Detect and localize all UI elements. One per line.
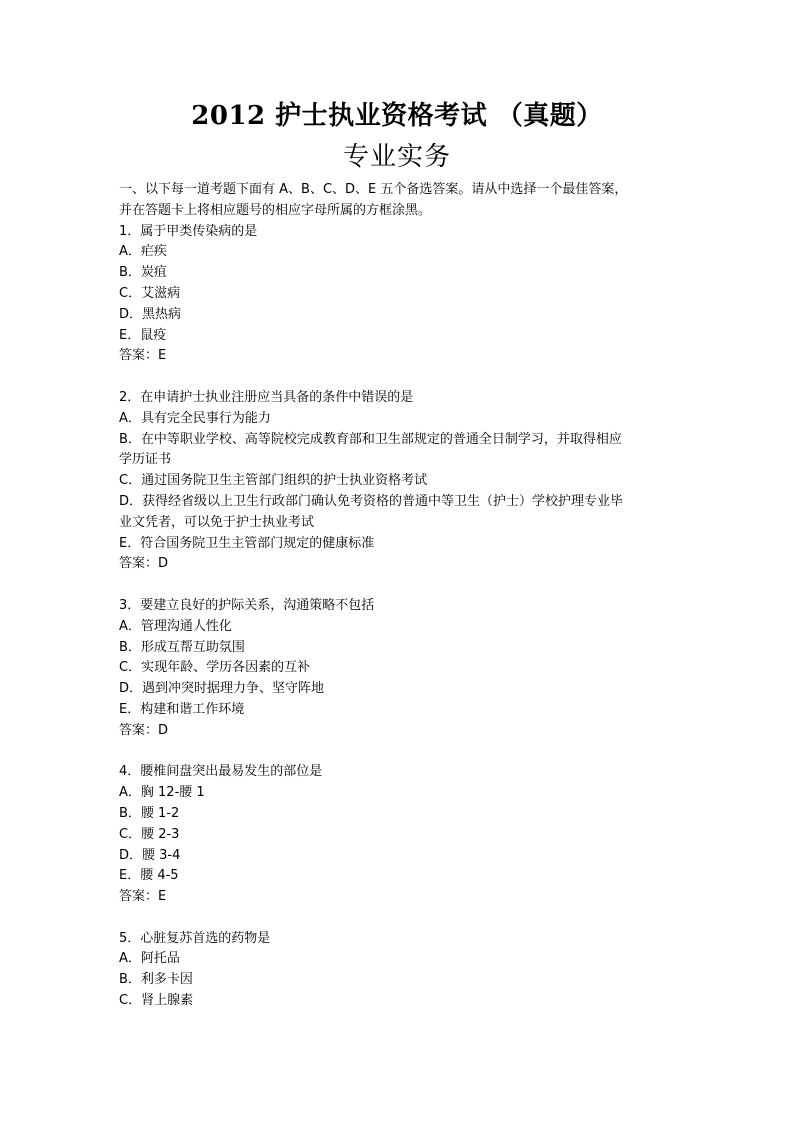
option-b: B．在中等职业学校、高等院校完成教育部和卫生部规定的普通全日制学习，并取得相应: [119, 430, 667, 451]
option-b: B．腰 1-2: [119, 804, 667, 825]
answer: 答案：E: [119, 346, 667, 367]
question-4: 4．腰椎间盘突出最易发生的部位是 A．胸 12-腰 1 B．腰 1-2 C．腰 …: [119, 762, 667, 908]
answer: 答案：D: [119, 554, 667, 575]
option-c: C．实现年龄、学历各因素的互补: [119, 658, 667, 679]
option-e: E．鼠疫: [119, 326, 667, 347]
question-stem: 2．在申请护士执业注册应当具备的条件中错误的是: [119, 388, 667, 409]
option-d: D．获得经省级以上卫生行政部门确认免考资格的普通中等卫生（护士）学校护理专业毕: [119, 492, 667, 513]
option-d-continued: 业文凭者，可以免于护士执业考试: [119, 513, 667, 534]
question-2: 2．在申请护士执业注册应当具备的条件中错误的是 A．具有完全民事行为能力 B．在…: [119, 388, 667, 575]
option-b: B．炭疽: [119, 263, 667, 284]
option-a: A．阿托品: [119, 949, 667, 970]
option-a: A．胸 12-腰 1: [119, 783, 667, 804]
option-b: B．利多卡因: [119, 970, 667, 991]
option-e: E．构建和谐工作环境: [119, 700, 667, 721]
instructions-line-1: 一、以下每一道考题下面有 A、B、C、D、E 五个备选答案。请从中选择一个最佳答…: [119, 180, 667, 201]
question-5: 5．心脏复苏首选的药物是 A．阿托品 B．利多卡因 C．肾上腺素: [119, 929, 667, 1012]
spacer: [119, 742, 667, 763]
answer: 答案：D: [119, 721, 667, 742]
option-e: E．符合国务院卫生主管部门规定的健康标准: [119, 534, 667, 555]
option-a: A．具有完全民事行为能力: [119, 409, 667, 430]
option-d: D．腰 3-4: [119, 846, 667, 867]
option-b-continued: 学历证书: [119, 450, 667, 471]
spacer: [119, 367, 667, 388]
instructions-line-2: 并在答题卡上将相应题号的相应字母所属的方框涂黑。: [119, 201, 667, 222]
option-c: C．通过国务院卫生主管部门组织的护士执业资格考试: [119, 471, 667, 492]
question-stem: 4．腰椎间盘突出最易发生的部位是: [119, 762, 667, 783]
document-subtitle: 专业实务: [0, 140, 794, 174]
option-b: B．形成互帮互助氛围: [119, 638, 667, 659]
question-1: 1．属于甲类传染病的是 A．疟疾 B．炭疽 C．艾滋病 D．黑热病 E．鼠疫 答…: [119, 222, 667, 368]
option-c: C．艾滋病: [119, 284, 667, 305]
question-stem: 1．属于甲类传染病的是: [119, 222, 667, 243]
document-page: 2012 护士执业资格考试 （真题） 专业实务 一、以下每一道考题下面有 A、B…: [0, 0, 794, 1123]
option-e: E．腰 4-5: [119, 866, 667, 887]
document-title: 2012 护士执业资格考试 （真题）: [0, 99, 794, 133]
document-body: 一、以下每一道考题下面有 A、B、C、D、E 五个备选答案。请从中选择一个最佳答…: [119, 180, 667, 1012]
option-d: D．遇到冲突时据理力争、坚守阵地: [119, 679, 667, 700]
option-c: C．肾上腺素: [119, 991, 667, 1012]
option-a: A．管理沟通人性化: [119, 617, 667, 638]
answer: 答案：E: [119, 887, 667, 908]
question-3: 3．要建立良好的护际关系，沟通策略不包括 A．管理沟通人性化 B．形成互帮互助氛…: [119, 596, 667, 742]
question-stem: 3．要建立良好的护际关系，沟通策略不包括: [119, 596, 667, 617]
option-d: D．黑热病: [119, 305, 667, 326]
option-a: A．疟疾: [119, 242, 667, 263]
spacer: [119, 575, 667, 596]
question-stem: 5．心脏复苏首选的药物是: [119, 929, 667, 950]
option-c: C．腰 2-3: [119, 825, 667, 846]
spacer: [119, 908, 667, 929]
